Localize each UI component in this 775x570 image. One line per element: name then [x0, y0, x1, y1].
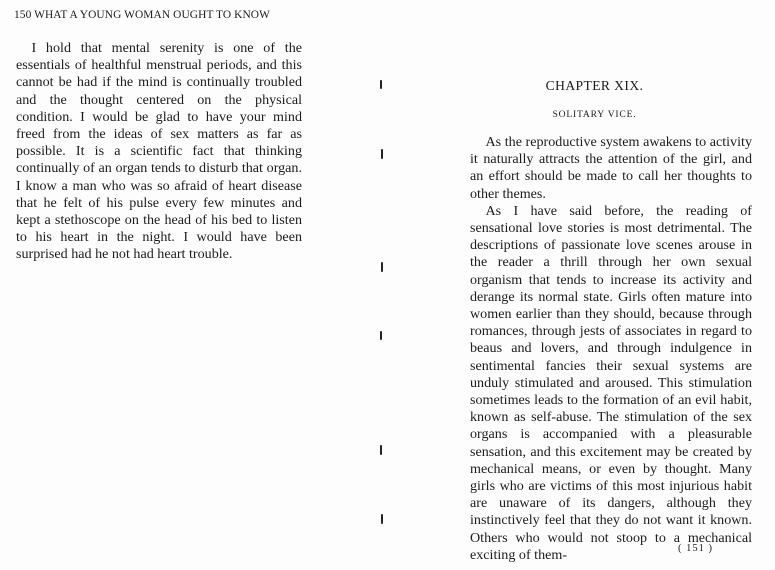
binding-mark [380, 80, 382, 89]
left-page: 150 WHAT A YOUNG WOMAN OUGHT TO KNOW I h… [0, 0, 385, 570]
left-page-body: I hold that mental serenity is one of th… [16, 40, 302, 264]
paragraph: As the reproductive system awakens to ac… [470, 134, 752, 203]
binding-mark [380, 445, 382, 455]
binding-mark [381, 514, 383, 524]
paragraph: I hold that mental serenity is one of th… [16, 40, 302, 264]
binding-mark [381, 149, 383, 159]
book-spread: 150 WHAT A YOUNG WOMAN OUGHT TO KNOW I h… [0, 0, 775, 570]
right-page-body: As the reproductive system awakens to ac… [470, 134, 752, 564]
page-number: ( 151 ) [678, 543, 713, 554]
running-head: 150 WHAT A YOUNG WOMAN OUGHT TO KNOW [14, 9, 314, 21]
chapter-subtitle: SOLITARY VICE. [390, 109, 775, 120]
paragraph: As I have said before, the reading of se… [470, 203, 752, 564]
binding-mark [380, 331, 382, 340]
chapter-title: CHAPTER XIX. [390, 78, 775, 94]
binding-mark [381, 262, 383, 272]
